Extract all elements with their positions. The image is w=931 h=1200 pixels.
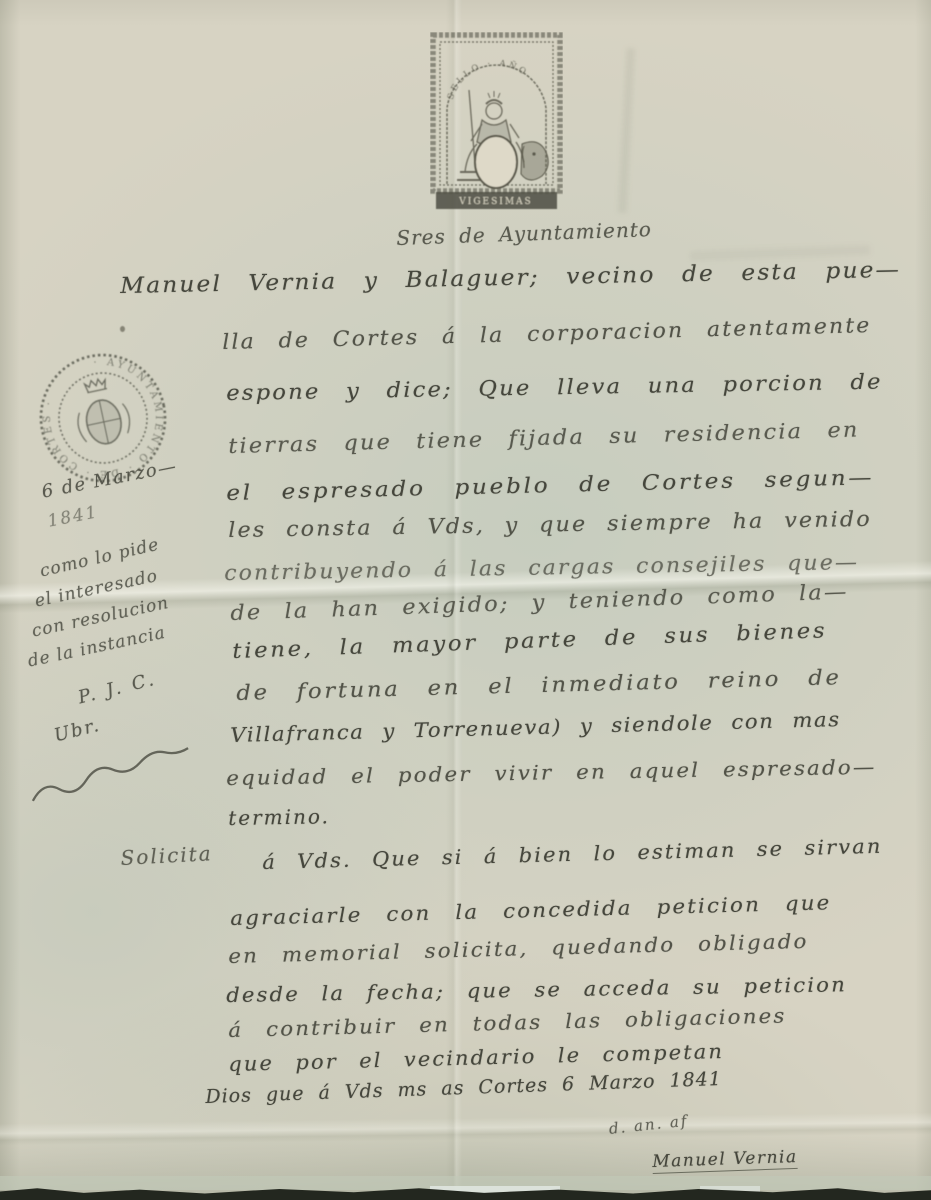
- body-line: espone y dice; Que lleva una porcion de: [226, 370, 883, 405]
- body-line: tierras que tiene fijada su residencia e…: [228, 417, 860, 458]
- stamp-bottom-band-text: VIGESIMAS: [458, 197, 532, 207]
- stamp-lion: [521, 142, 548, 180]
- margin-note: P. J. C.: [76, 669, 159, 709]
- signature: Manuel Vernia: [652, 1147, 798, 1174]
- margin-rubric-squiggle: [22, 740, 211, 813]
- stamp-arc-text: SELLO · AÑO: [446, 58, 530, 101]
- body-line: desde la fecha; que se acceda su peticio…: [226, 972, 847, 1007]
- margin-note: Ubr.: [52, 715, 103, 747]
- document-scan: SELLO · AÑO VIGESIMAS: [0, 0, 931, 1200]
- body-line: equidad el poder vivir en aquel espresad…: [226, 755, 877, 790]
- body-line: Villafranca y Torrenueva) y siendole con…: [230, 707, 841, 747]
- margin-date-year: 1841: [46, 502, 100, 531]
- fiscal-stamp: SELLO · AÑO VIGESIMAS: [430, 32, 563, 218]
- lower-fold-crease: [0, 1112, 931, 1146]
- body-line: termino.: [228, 804, 330, 830]
- body-line: Manuel Vernia y Balaguer; vecino de esta…: [120, 258, 901, 299]
- ink-dot: [120, 326, 125, 332]
- body-line: lla de Cortes á la corporacion atentamen…: [222, 313, 872, 354]
- solicita-label: Solicita: [120, 841, 213, 870]
- seal-coat-of-arms: [70, 374, 134, 448]
- body-line: agraciarle con la concedida peticion que: [230, 890, 832, 930]
- body-line: contribuyendo á las cargas consejiles qu…: [224, 550, 859, 585]
- body-line: el espresado pueblo de Cortes segun—: [226, 465, 874, 505]
- heading-line: Sres de Ayuntamiento: [396, 217, 652, 250]
- body-line: á Vds. Que si á bien lo estiman se sirva…: [262, 834, 883, 874]
- bleed-through-mark: [618, 48, 636, 213]
- closing-rubric: d. an. af: [608, 1112, 689, 1138]
- body-line: á contribuir en todas las obligaciones: [228, 1003, 787, 1042]
- body-line: en memorial solicita, quedando obligado: [228, 929, 809, 968]
- stamp-shield-oval: [475, 136, 517, 188]
- body-line: les consta á Vds, y que siempre ha venid…: [228, 507, 872, 542]
- body-line: tiene, la mayor parte de sus bienes: [232, 618, 828, 663]
- body-line: de la han exigido; y teniendo como la—: [230, 579, 849, 625]
- body-line: de fortuna en el inmediato reino de: [236, 665, 842, 705]
